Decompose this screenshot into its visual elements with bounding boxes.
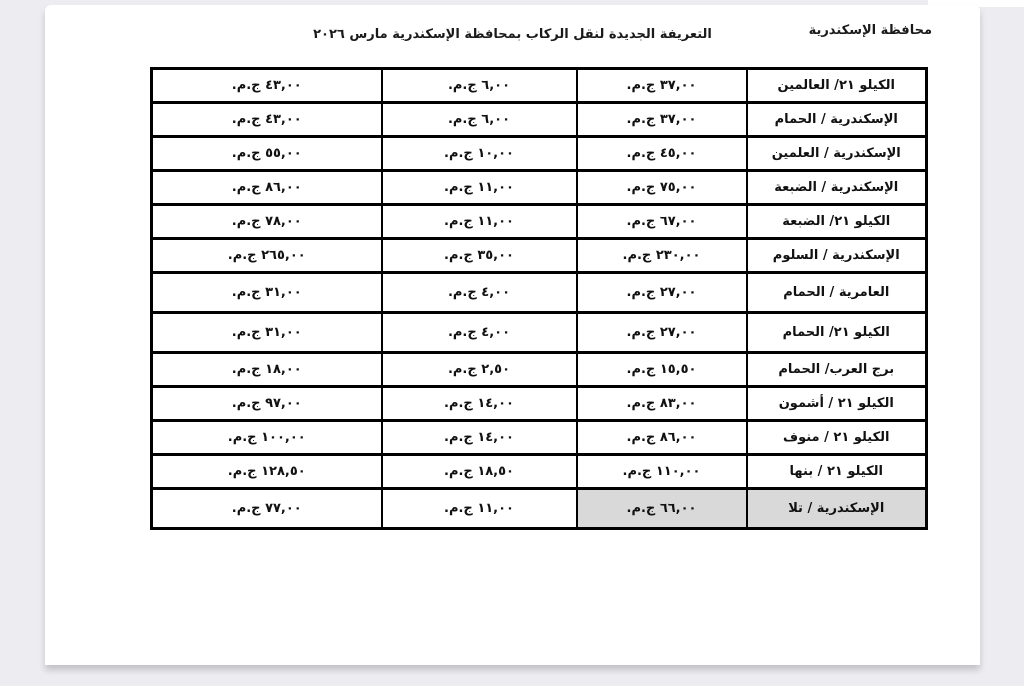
table-row: الإسكندرية / الحمام٣٧,٠٠ ج.م.٦,٠٠ ج.م.٤٣… bbox=[152, 103, 927, 137]
total-fare-cell: ٣١,٠٠ ج.م. bbox=[152, 313, 382, 353]
base-fare-cell: ٧٥,٠٠ ج.م. bbox=[577, 171, 747, 205]
base-fare-cell: ٤٥,٠٠ ج.م. bbox=[577, 137, 747, 171]
table-row: الإسكندرية / تلا٦٦,٠٠ ج.م.١١,٠٠ ج.م.٧٧,٠… bbox=[152, 489, 927, 529]
route-cell: الكيلو ٢١ / أشمون bbox=[747, 387, 927, 421]
table-row: الكيلو ٢١ / منوف٨٦,٠٠ ج.م.١٤,٠٠ ج.م.١٠٠,… bbox=[152, 421, 927, 455]
tariff-table: الكيلو ٢١/ العالمين٣٧,٠٠ ج.م.٦,٠٠ ج.م.٤٣… bbox=[150, 67, 928, 530]
fare-increase-cell: ١٠,٠٠ ج.م. bbox=[382, 137, 577, 171]
route-cell: الإسكندرية / الحمام bbox=[747, 103, 927, 137]
route-cell: الإسكندرية / تلا bbox=[747, 489, 927, 529]
route-cell: الإسكندرية / السلوم bbox=[747, 239, 927, 273]
base-fare-cell: ٢٧,٠٠ ج.م. bbox=[577, 313, 747, 353]
total-fare-cell: ٥٥,٠٠ ج.م. bbox=[152, 137, 382, 171]
total-fare-cell: ١٢٨,٥٠ ج.م. bbox=[152, 455, 382, 489]
fare-increase-cell: ١٤,٠٠ ج.م. bbox=[382, 387, 577, 421]
viewer-canvas: { "header": { "org_title": "محافظة الإسك… bbox=[0, 0, 1024, 686]
total-fare-cell: ٧٧,٠٠ ج.م. bbox=[152, 489, 382, 529]
table-row: الإسكندرية / السلوم٢٣٠,٠٠ ج.م.٣٥,٠٠ ج.م.… bbox=[152, 239, 927, 273]
route-cell: الكيلو ٢١/ الضبعة bbox=[747, 205, 927, 239]
tariff-table-body: الكيلو ٢١/ العالمين٣٧,٠٠ ج.م.٦,٠٠ ج.م.٤٣… bbox=[152, 69, 927, 529]
table-row: الكيلو ٢١ / بنها١١٠,٠٠ ج.م.١٨,٥٠ ج.م.١٢٨… bbox=[152, 455, 927, 489]
total-fare-cell: ١٠٠,٠٠ ج.م. bbox=[152, 421, 382, 455]
base-fare-cell: ٢٣٠,٠٠ ج.م. bbox=[577, 239, 747, 273]
route-cell: برج العرب/ الحمام bbox=[747, 353, 927, 387]
total-fare-cell: ٩٧,٠٠ ج.م. bbox=[152, 387, 382, 421]
fare-increase-cell: ١٨,٥٠ ج.م. bbox=[382, 455, 577, 489]
table-row: الكيلو ٢١ / أشمون٨٣,٠٠ ج.م.١٤,٠٠ ج.م.٩٧,… bbox=[152, 387, 927, 421]
base-fare-cell: ١٥,٥٠ ج.م. bbox=[577, 353, 747, 387]
fare-increase-cell: ٤,٠٠ ج.م. bbox=[382, 273, 577, 313]
total-fare-cell: ٧٨,٠٠ ج.م. bbox=[152, 205, 382, 239]
table-row: الإسكندرية / الضبعة٧٥,٠٠ ج.م.١١,٠٠ ج.م.٨… bbox=[152, 171, 927, 205]
document-page: محافظة الإسكندرية التعريفة الجديدة لنقل … bbox=[45, 5, 980, 665]
fare-increase-cell: ٤,٠٠ ج.م. bbox=[382, 313, 577, 353]
table-row: الكيلو ٢١/ العالمين٣٧,٠٠ ج.م.٦,٠٠ ج.م.٤٣… bbox=[152, 69, 927, 103]
fare-increase-cell: ٦,٠٠ ج.م. bbox=[382, 103, 577, 137]
table-row: العامرية / الحمام٢٧,٠٠ ج.م.٤,٠٠ ج.م.٣١,٠… bbox=[152, 273, 927, 313]
total-fare-cell: ٢٦٥,٠٠ ج.م. bbox=[152, 239, 382, 273]
table-row: الكيلو ٢١/ الضبعة٦٧,٠٠ ج.م.١١,٠٠ ج.م.٧٨,… bbox=[152, 205, 927, 239]
route-cell: الكيلو ٢١/ العالمين bbox=[747, 69, 927, 103]
table-row: الكيلو ٢١/ الحمام٢٧,٠٠ ج.م.٤,٠٠ ج.م.٣١,٠… bbox=[152, 313, 927, 353]
fare-increase-cell: ١١,٠٠ ج.م. bbox=[382, 171, 577, 205]
route-cell: الإسكندرية / الضبعة bbox=[747, 171, 927, 205]
base-fare-cell: ٣٧,٠٠ ج.م. bbox=[577, 103, 747, 137]
total-fare-cell: ٣١,٠٠ ج.م. bbox=[152, 273, 382, 313]
fare-increase-cell: ١١,٠٠ ج.م. bbox=[382, 489, 577, 529]
total-fare-cell: ٨٦,٠٠ ج.م. bbox=[152, 171, 382, 205]
route-cell: الكيلو ٢١/ الحمام bbox=[747, 313, 927, 353]
base-fare-cell: ٦٧,٠٠ ج.م. bbox=[577, 205, 747, 239]
fare-increase-cell: ٢,٥٠ ج.م. bbox=[382, 353, 577, 387]
fare-increase-cell: ١٤,٠٠ ج.م. bbox=[382, 421, 577, 455]
base-fare-cell: ٢٧,٠٠ ج.م. bbox=[577, 273, 747, 313]
fare-increase-cell: ٣٥,٠٠ ج.م. bbox=[382, 239, 577, 273]
table-row: الإسكندرية / العلمين٤٥,٠٠ ج.م.١٠,٠٠ ج.م.… bbox=[152, 137, 927, 171]
document-title: التعريفة الجديدة لنقل الركاب بمحافظة الإ… bbox=[45, 27, 980, 42]
total-fare-cell: ٤٣,٠٠ ج.م. bbox=[152, 103, 382, 137]
base-fare-cell: ٨٣,٠٠ ج.م. bbox=[577, 387, 747, 421]
base-fare-cell: ١١٠,٠٠ ج.م. bbox=[577, 455, 747, 489]
route-cell: العامرية / الحمام bbox=[747, 273, 927, 313]
fare-increase-cell: ٦,٠٠ ج.م. bbox=[382, 69, 577, 103]
total-fare-cell: ٤٣,٠٠ ج.م. bbox=[152, 69, 382, 103]
table-row: برج العرب/ الحمام١٥,٥٠ ج.م.٢,٥٠ ج.م.١٨,٠… bbox=[152, 353, 927, 387]
route-cell: الكيلو ٢١ / بنها bbox=[747, 455, 927, 489]
fare-increase-cell: ١١,٠٠ ج.م. bbox=[382, 205, 577, 239]
route-cell: الإسكندرية / العلمين bbox=[747, 137, 927, 171]
base-fare-cell: ٣٧,٠٠ ج.م. bbox=[577, 69, 747, 103]
route-cell: الكيلو ٢١ / منوف bbox=[747, 421, 927, 455]
total-fare-cell: ١٨,٠٠ ج.م. bbox=[152, 353, 382, 387]
base-fare-cell: ٦٦,٠٠ ج.م. bbox=[577, 489, 747, 529]
base-fare-cell: ٨٦,٠٠ ج.م. bbox=[577, 421, 747, 455]
